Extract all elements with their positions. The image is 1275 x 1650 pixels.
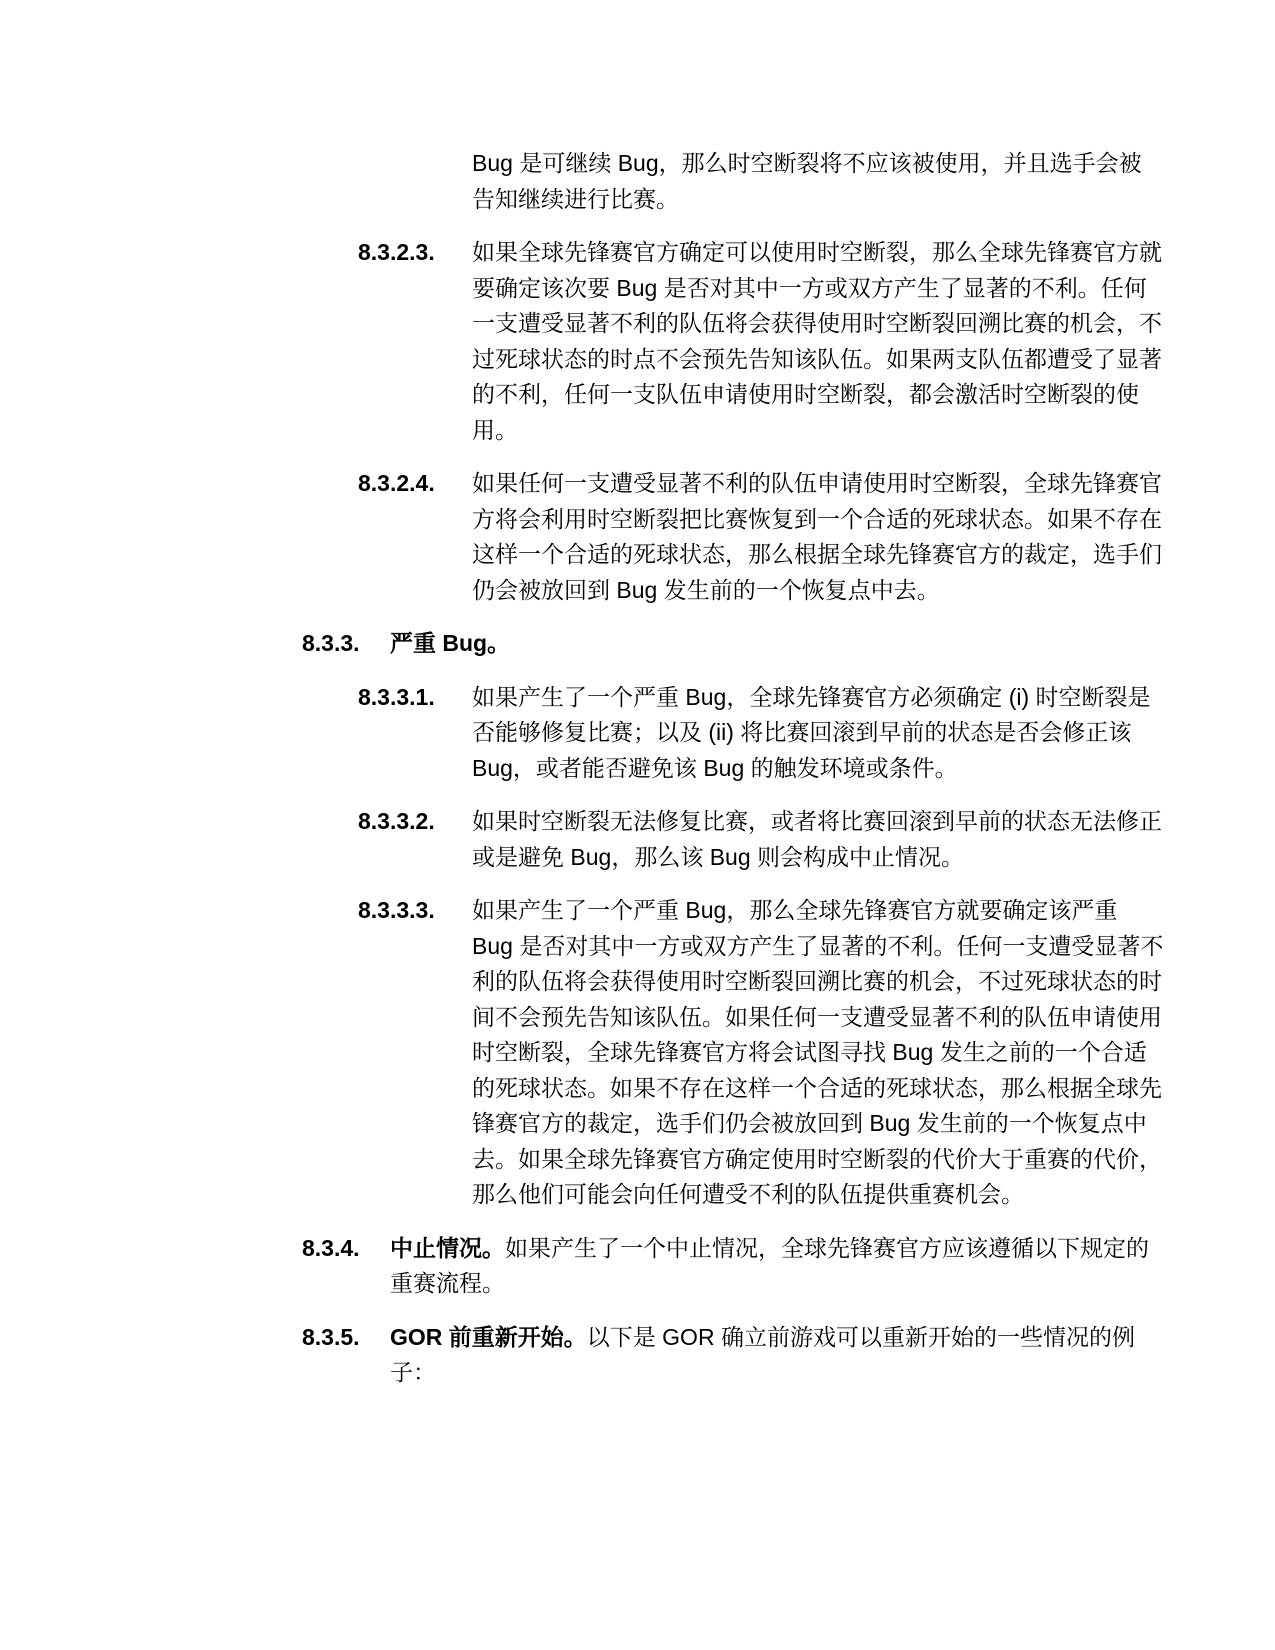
clause-8-3-3-1: 8.3.3.1. 如果产生了一个严重 Bug，全球先锋赛官方必须确定 (i) 时…	[358, 680, 1275, 787]
clause-text: 如果产生了一个严重 Bug，全球先锋赛官方必须确定 (i) 时空断裂是 否能够修…	[472, 680, 1172, 787]
clause-number: 8.3.3.3.	[358, 893, 472, 929]
clause-body: GOR 前重新开始。以下是 GOR 确立前游戏可以重新开始的一些情况的例 子：	[390, 1320, 1170, 1391]
clause-8-3-2-4: 8.3.2.4. 如果任何一支遭受显著不利的队伍申请使用时空断裂，全球先锋赛官 …	[358, 466, 1275, 608]
clause-number: 8.3.2.4.	[358, 466, 472, 502]
clause-8-3-2-3: 8.3.2.3. 如果全球先锋赛官方确定可以使用时空断裂，那么全球先锋赛官方就 …	[358, 235, 1275, 448]
clause-text: 如果全球先锋赛官方确定可以使用时空断裂，那么全球先锋赛官方就 要确定该次要 Bu…	[472, 235, 1172, 448]
clause-8-3-3-2: 8.3.3.2. 如果时空断裂无法修复比赛，或者将比赛回滚到早前的状态无法修正 …	[358, 804, 1275, 875]
clause-number: 8.3.5.	[302, 1320, 390, 1356]
clause-number: 8.3.3.2.	[358, 804, 472, 840]
clause-8-3-3: 8.3.3. 严重 Bug。	[302, 626, 1275, 662]
clause-number: 8.3.3.1.	[358, 680, 472, 716]
clause-heading: 严重 Bug。	[390, 626, 1170, 662]
clause-continuation: Bug 是可继续 Bug，那么时空断裂将不应该被使用，并且选手会被 告知继续进行…	[472, 146, 1275, 217]
clause-number: 8.3.2.3.	[358, 235, 472, 271]
clause-text: 如果时空断裂无法修复比赛，或者将比赛回滚到早前的状态无法修正 或是避免 Bug，…	[472, 804, 1172, 875]
clause-8-3-4: 8.3.4. 中止情况。如果产生了一个中止情况，全球先锋赛官方应该遵循以下规定的…	[302, 1231, 1275, 1302]
clause-text: Bug 是可继续 Bug，那么时空断裂将不应该被使用，并且选手会被 告知继续进行…	[472, 146, 1172, 217]
clause-8-3-3-3: 8.3.3.3. 如果产生了一个严重 Bug，那么全球先锋赛官方就要确定该严重 …	[358, 893, 1275, 1213]
document-page: Bug 是可继续 Bug，那么时空断裂将不应该被使用，并且选手会被 告知继续进行…	[0, 0, 1275, 1650]
clause-text: 如果任何一支遭受显著不利的队伍申请使用时空断裂，全球先锋赛官 方将会利用时空断裂…	[472, 466, 1172, 608]
clause-label: 中止情况。	[390, 1235, 505, 1261]
clause-label: GOR 前重新开始。	[390, 1324, 587, 1350]
clause-8-3-5: 8.3.5. GOR 前重新开始。以下是 GOR 确立前游戏可以重新开始的一些情…	[302, 1320, 1275, 1391]
clause-number: 8.3.3.	[302, 626, 390, 662]
clause-number: 8.3.4.	[302, 1231, 390, 1267]
clause-text: 如果产生了一个严重 Bug，那么全球先锋赛官方就要确定该严重 Bug 是否对其中…	[472, 893, 1172, 1213]
clause-label: 严重 Bug。	[390, 630, 510, 656]
clause-body: 中止情况。如果产生了一个中止情况，全球先锋赛官方应该遵循以下规定的 重赛流程。	[390, 1231, 1170, 1302]
